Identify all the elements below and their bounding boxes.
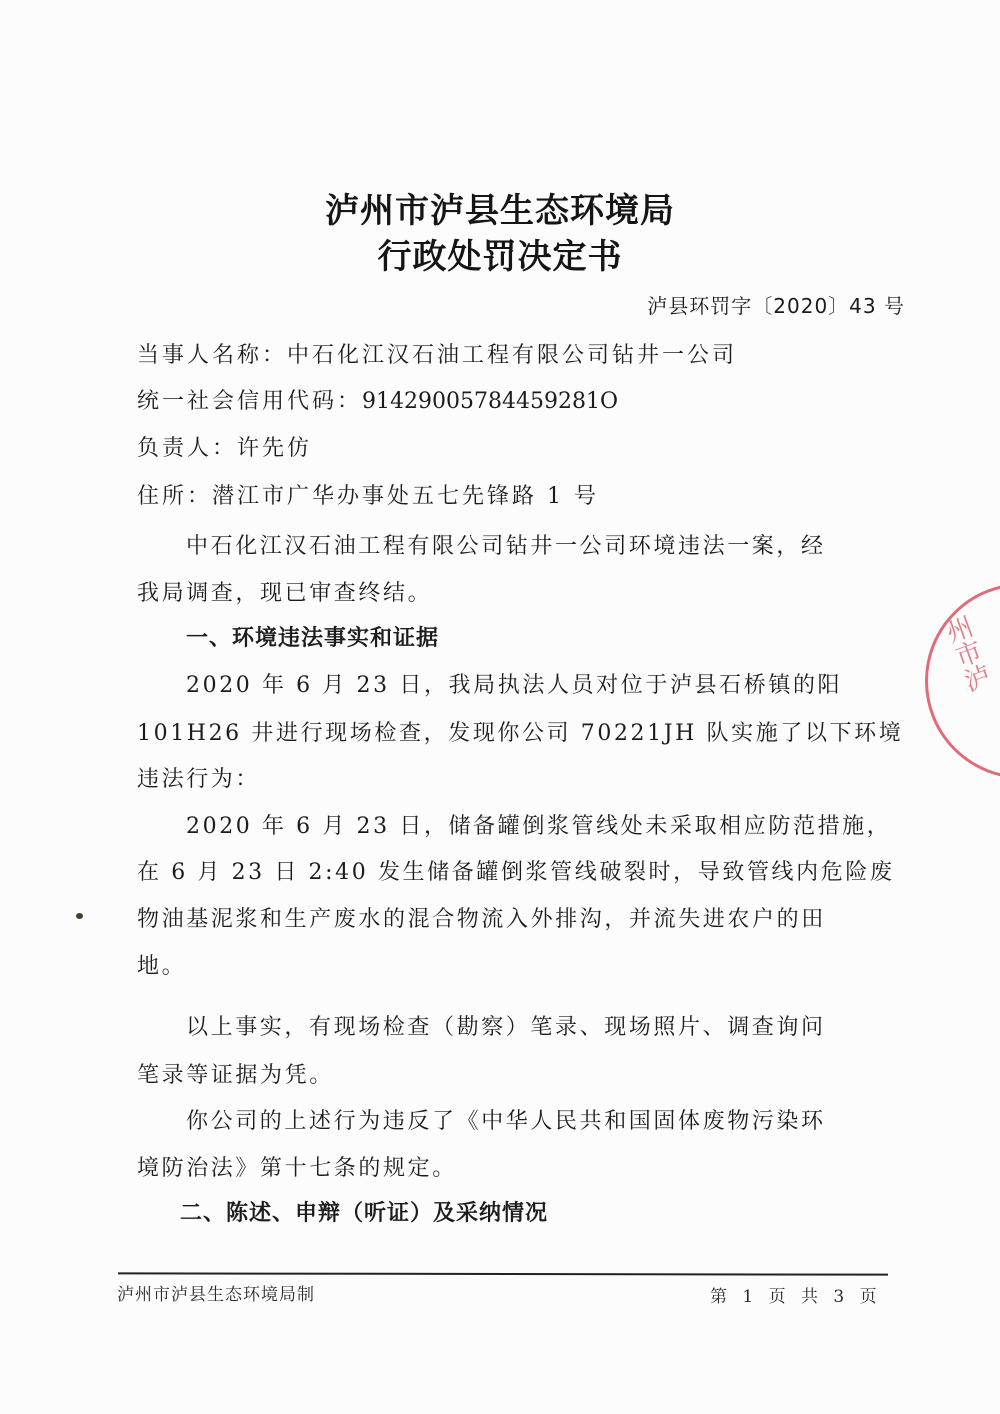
- facts-p1-line-1: 2020 年 6 月 23 日，我局执法人员对位于泸县石桥镇的阳: [186, 668, 842, 699]
- address-label: 住所：: [137, 484, 212, 509]
- party-name-value: 中石化江汉石油工程有限公司钻井一公司: [287, 343, 737, 368]
- party-name-label: 当事人名称：: [137, 343, 287, 368]
- principal-label: 负责人：: [137, 436, 237, 461]
- scan-speck: [76, 913, 83, 919]
- evidence-line-1: 以上事实，有现场检查（勘察）笔录、现场照片、调查询问: [186, 1010, 826, 1041]
- principal-row: 负责人：许先仿: [137, 431, 312, 462]
- principal-value: 许先仿: [237, 436, 312, 461]
- document-number: 泸县环罚字〔2020〕43 号: [647, 290, 905, 319]
- facts-p1-line-2: 101H26 井进行现场检查，发现你公司 70221JH 队实施了以下环境: [137, 716, 903, 747]
- document-title: 行政处罚决定书: [0, 229, 1000, 278]
- footer-divider: [118, 1272, 888, 1275]
- violation-line-2: 境防治法》第十七条的规定。: [137, 1151, 457, 1182]
- credit-code-label: 统一社会信用代码：: [137, 389, 362, 414]
- issuer-title: 泸州市泸县生态环境局: [0, 183, 1000, 232]
- page-indicator: 第 1 页 共 3 页: [710, 1282, 882, 1307]
- document-page: 泸州市泸县生态环境局 行政处罚决定书 泸县环罚字〔2020〕43 号 当事人名称…: [0, 0, 1000, 1414]
- section-2-heading: 二、陈述、申辩（听证）及采纳情况: [180, 1196, 548, 1227]
- intro-line-1: 中石化江汉石油工程有限公司钻井一公司环境违法一案，经: [186, 529, 826, 560]
- facts-p2-line-2: 在 6 月 23 日 2:40 发生储备罐倒浆管线破裂时，导致管线内危险废: [137, 855, 895, 886]
- party-name-row: 当事人名称：中石化江汉石油工程有限公司钻井一公司: [137, 338, 737, 369]
- footer-issuer: 泸州市泸县生态环境局制: [117, 1280, 315, 1305]
- address-value: 潜江市广华办事处五七先锋路 1 号: [212, 484, 599, 509]
- address-row: 住所：潜江市广华办事处五七先锋路 1 号: [137, 479, 599, 510]
- facts-p2-line-3: 物油基泥浆和生产废水的混合物流入外排沟，并流失进农户的田: [137, 902, 826, 933]
- credit-code-row: 统一社会信用代码：91429005784459281O: [137, 384, 618, 415]
- facts-p2-line-1: 2020 年 6 月 23 日，储备罐倒浆管线处未采取相应防范措施，: [186, 809, 891, 840]
- facts-p2-line-4: 地。: [137, 949, 186, 980]
- violation-line-1: 你公司的上述行为违反了《中华人民共和国固体废物污染环: [186, 1104, 826, 1135]
- credit-code-value: 91429005784459281O: [362, 389, 618, 414]
- evidence-line-2: 笔录等证据为凭。: [137, 1058, 334, 1089]
- facts-p1-line-3: 违法行为：: [137, 762, 260, 793]
- intro-line-2: 我局调查，现已审查终结。: [137, 576, 432, 607]
- section-1-heading: 一、环境违法事实和证据: [186, 621, 439, 652]
